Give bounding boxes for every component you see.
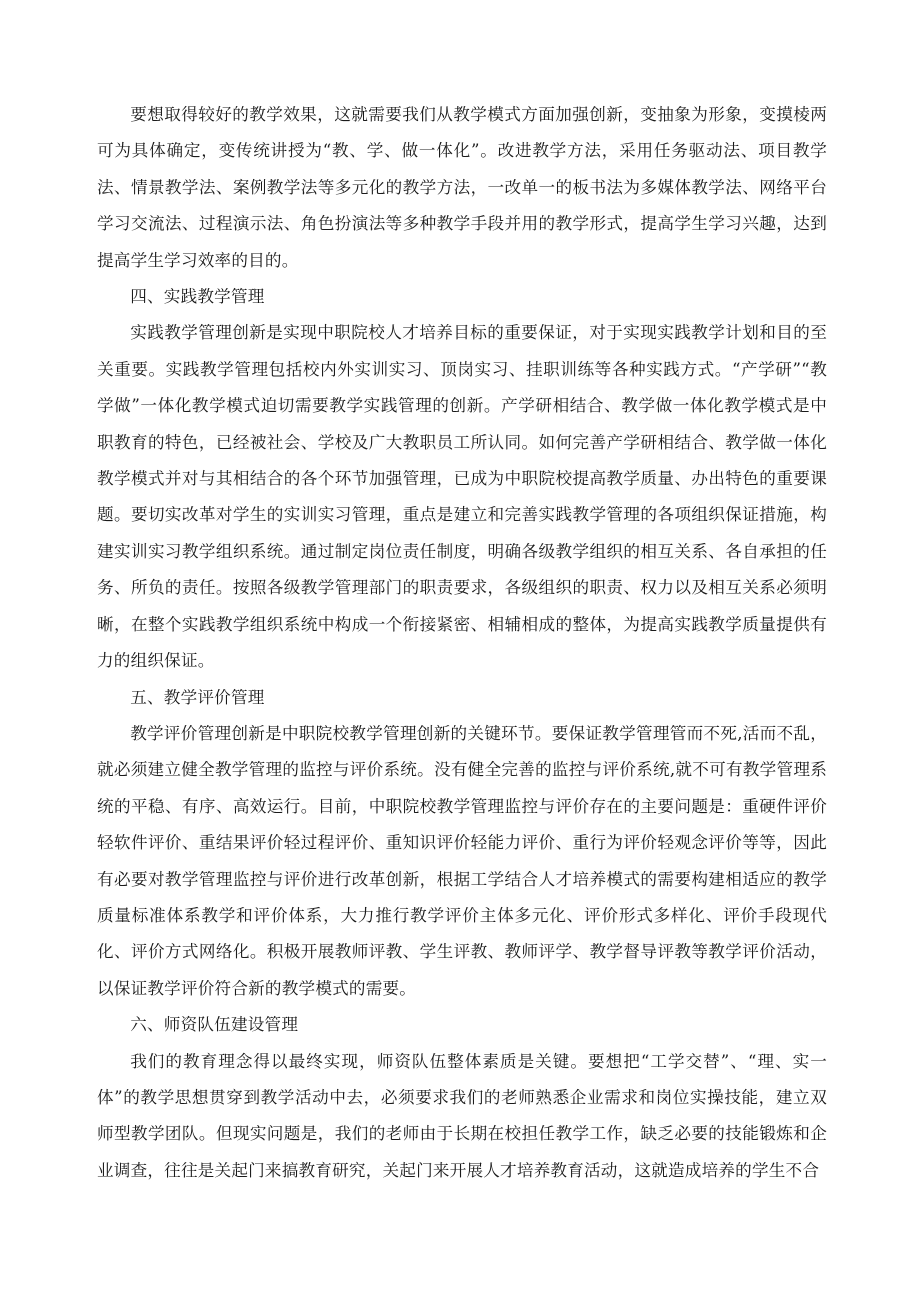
- paragraph-teaching-evaluation-management: 教学评价管理创新是中职院校教学管理创新的关键环节。要保证教学管理管而不死,活而不…: [97, 716, 827, 1007]
- heading-faculty-development-management: 六、师资队伍建设管理: [97, 1007, 827, 1043]
- paragraph-faculty-development-management: 我们的教育理念得以最终实现，师资队伍整体素质是关键。要想把“工学交替”、“理、实…: [97, 1044, 827, 1190]
- document-page: 要想取得较好的教学效果，这就需要我们从教学模式方面加强创新，变抽象为形象，变摸棱…: [97, 97, 827, 1189]
- heading-practice-teaching-management: 四、实践教学管理: [97, 279, 827, 315]
- paragraph-practice-teaching-management: 实践教学管理创新是实现中职院校人才培养目标的重要保证，对于实现实践教学计划和目的…: [97, 315, 827, 679]
- paragraph-teaching-mode: 要想取得较好的教学效果，这就需要我们从教学模式方面加强创新，变抽象为形象，变摸棱…: [97, 97, 827, 279]
- heading-teaching-evaluation-management: 五、教学评价管理: [97, 680, 827, 716]
